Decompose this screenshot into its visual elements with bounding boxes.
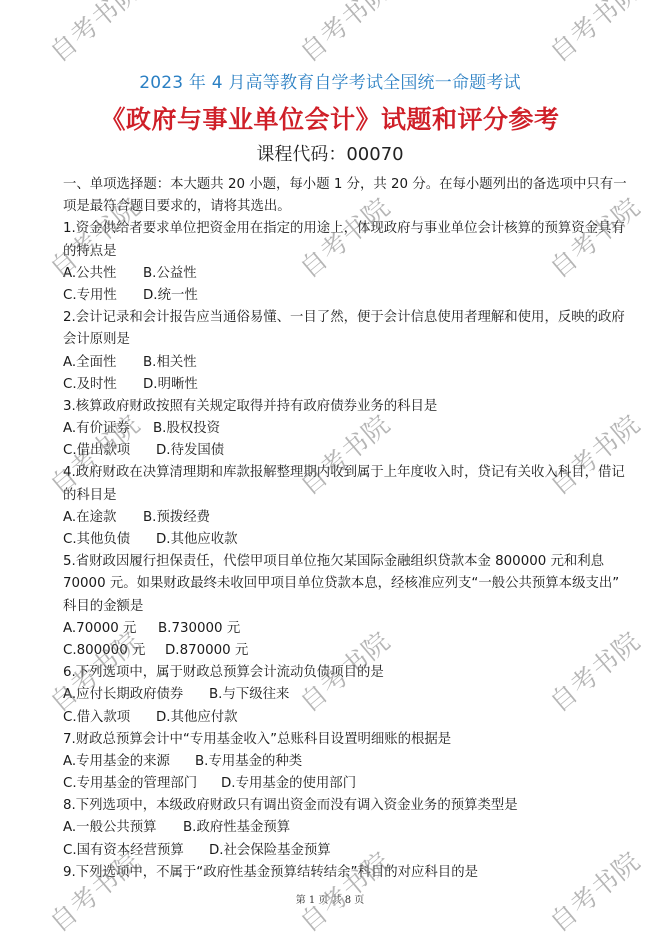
option-row: A.在途款B.预拨经费 bbox=[63, 507, 623, 529]
watermark-text: 自考书院 bbox=[291, 0, 398, 69]
exam-title: 《政府与事业单位会计》试题和评分参考 bbox=[0, 100, 660, 136]
option-row: C.借出款项D.待发国债 bbox=[63, 440, 623, 462]
question-9: 9.下列选项中，不属于“政府性基金预算结转结余”科目的对应科目的是 bbox=[63, 862, 623, 884]
option-row: A.70000 元B.730000 元 bbox=[63, 618, 623, 640]
option-b: B.专用基金的种类 bbox=[195, 751, 302, 773]
option-a: A.专用基金的来源 bbox=[63, 751, 195, 773]
option-row: C.专用基金的管理部门D.专用基金的使用部门 bbox=[63, 773, 623, 795]
exam-subtitle: 2023 年 4 月高等教育自学考试全国统一命题考试 bbox=[0, 68, 660, 93]
option-row: C.专用性D.统一性 bbox=[63, 285, 623, 307]
section-intro-line: 一、单项选择题：本大题共 20 小题，每小题 1 分，共 20 分。在每小题列出… bbox=[63, 174, 623, 196]
option-b: B.股权投资 bbox=[153, 418, 220, 440]
question-stem: 9.下列选项中，不属于“政府性基金预算结转结余”科目的对应科目的是 bbox=[63, 862, 623, 884]
option-c: C.借出款项 bbox=[63, 440, 156, 462]
option-a: A.应付长期政府债券 bbox=[63, 684, 209, 706]
option-a: A.有价证券 bbox=[63, 418, 153, 440]
option-row: C.及时性D.明晰性 bbox=[63, 374, 623, 396]
option-d: D.社会保险基金预算 bbox=[209, 840, 331, 862]
option-b: B.公益性 bbox=[143, 263, 197, 285]
option-d: D.其他应付款 bbox=[156, 707, 238, 729]
exam-body: 一、单项选择题：本大题共 20 小题，每小题 1 分，共 20 分。在每小题列出… bbox=[63, 174, 623, 884]
question-2: 2.会计记录和会计报告应当通俗易懂、一目了然，便于会计信息使用者理解和使用，反映… bbox=[63, 307, 623, 396]
option-c: C.及时性 bbox=[63, 374, 143, 396]
option-row: A.应付长期政府债券B.与下级往来 bbox=[63, 684, 623, 706]
option-d: D.待发国债 bbox=[156, 440, 224, 462]
option-row: C.国有资本经营预算D.社会保险基金预算 bbox=[63, 840, 623, 862]
option-a: A.一般公共预算 bbox=[63, 817, 183, 839]
option-c: C.其他负债 bbox=[63, 529, 156, 551]
option-d: D.明晰性 bbox=[143, 374, 198, 396]
option-d: D.专用基金的使用部门 bbox=[221, 773, 356, 795]
option-b: B.预拨经费 bbox=[143, 507, 210, 529]
question-5: 5.省财政因履行担保责任，代偿甲项目单位拖欠某国际金融组织贷款本金 800000… bbox=[63, 551, 623, 662]
option-b: B.相关性 bbox=[143, 352, 197, 374]
option-a: A.全面性 bbox=[63, 352, 143, 374]
option-row: A.公共性B.公益性 bbox=[63, 263, 623, 285]
option-row: A.全面性B.相关性 bbox=[63, 352, 623, 374]
option-a: A.70000 元 bbox=[63, 618, 158, 640]
option-row: A.有价证券B.股权投资 bbox=[63, 418, 623, 440]
option-b: B.730000 元 bbox=[158, 618, 240, 640]
watermark-text: 自考书院 bbox=[41, 0, 148, 69]
question-1: 1.资金供给者要求单位把资金用在指定的用途上，体现政府与事业单位会计核算的预算资… bbox=[63, 218, 623, 307]
exam-page: 2023 年 4 月高等教育自学考试全国统一命题考试 《政府与事业单位会计》试题… bbox=[0, 0, 660, 934]
option-c: C.专用基金的管理部门 bbox=[63, 773, 221, 795]
question-4: 4.政府财政在决算清理期和库款报解整理期内收到属于上年度收入时，贷记有关收入科目… bbox=[63, 462, 623, 551]
option-b: B.与下级往来 bbox=[209, 684, 289, 706]
question-stem: 2.会计记录和会计报告应当通俗易懂、一目了然，便于会计信息使用者理解和使用，反映… bbox=[63, 307, 623, 329]
option-c: C.800000 元 bbox=[63, 640, 165, 662]
page-number: 第 1 页 共 8 页 bbox=[0, 891, 660, 906]
question-8: 8.下列选项中，本级政府财政只有调出资金而没有调入资金业务的预算类型是 A.一般… bbox=[63, 795, 623, 862]
question-7: 7.财政总预算会计中“专用基金收入”总账科目设置明细账的根据是 A.专用基金的来… bbox=[63, 729, 623, 796]
option-c: C.借入款项 bbox=[63, 707, 156, 729]
option-d: D.统一性 bbox=[143, 285, 198, 307]
option-a: A.在途款 bbox=[63, 507, 143, 529]
question-stem: 的特点是 bbox=[63, 241, 623, 263]
question-stem: 科目的金额是 bbox=[63, 596, 623, 618]
question-stem: 8.下列选项中，本级政府财政只有调出资金而没有调入资金业务的预算类型是 bbox=[63, 795, 623, 817]
watermark-text: 自考书院 bbox=[541, 0, 648, 69]
course-code: 课程代码：00070 bbox=[0, 140, 660, 166]
question-stem: 70000 元。如果财政最终未收回甲项目单位贷款本息，经核准应列支“一般公共预算… bbox=[63, 573, 623, 595]
option-row: C.借入款项D.其他应付款 bbox=[63, 707, 623, 729]
option-b: B.政府性基金预算 bbox=[183, 817, 290, 839]
option-d: D.870000 元 bbox=[165, 640, 248, 662]
question-stem: 的科目是 bbox=[63, 485, 623, 507]
question-6: 6.下列选项中，属于财政总预算会计流动负债项目的是 A.应付长期政府债券B.与下… bbox=[63, 662, 623, 729]
question-stem: 6.下列选项中，属于财政总预算会计流动负债项目的是 bbox=[63, 662, 623, 684]
option-row: A.专用基金的来源B.专用基金的种类 bbox=[63, 751, 623, 773]
option-row: A.一般公共预算B.政府性基金预算 bbox=[63, 817, 623, 839]
question-3: 3.核算政府财政按照有关规定取得并持有政府债券业务的科目是 A.有价证券B.股权… bbox=[63, 396, 623, 463]
question-stem: 5.省财政因履行担保责任，代偿甲项目单位拖欠某国际金融组织贷款本金 800000… bbox=[63, 551, 623, 573]
question-stem: 7.财政总预算会计中“专用基金收入”总账科目设置明细账的根据是 bbox=[63, 729, 623, 751]
option-d: D.其他应收款 bbox=[156, 529, 238, 551]
section-intro-line: 项是最符合题目要求的，请将其选出。 bbox=[63, 196, 623, 218]
question-stem: 3.核算政府财政按照有关规定取得并持有政府债券业务的科目是 bbox=[63, 396, 623, 418]
question-stem: 4.政府财政在决算清理期和库款报解整理期内收到属于上年度收入时，贷记有关收入科目… bbox=[63, 462, 623, 484]
option-c: C.专用性 bbox=[63, 285, 143, 307]
option-row: C.800000 元D.870000 元 bbox=[63, 640, 623, 662]
option-row: C.其他负债D.其他应收款 bbox=[63, 529, 623, 551]
question-stem: 会计原则是 bbox=[63, 329, 623, 351]
option-a: A.公共性 bbox=[63, 263, 143, 285]
option-c: C.国有资本经营预算 bbox=[63, 840, 209, 862]
question-stem: 1.资金供给者要求单位把资金用在指定的用途上，体现政府与事业单位会计核算的预算资… bbox=[63, 218, 623, 240]
